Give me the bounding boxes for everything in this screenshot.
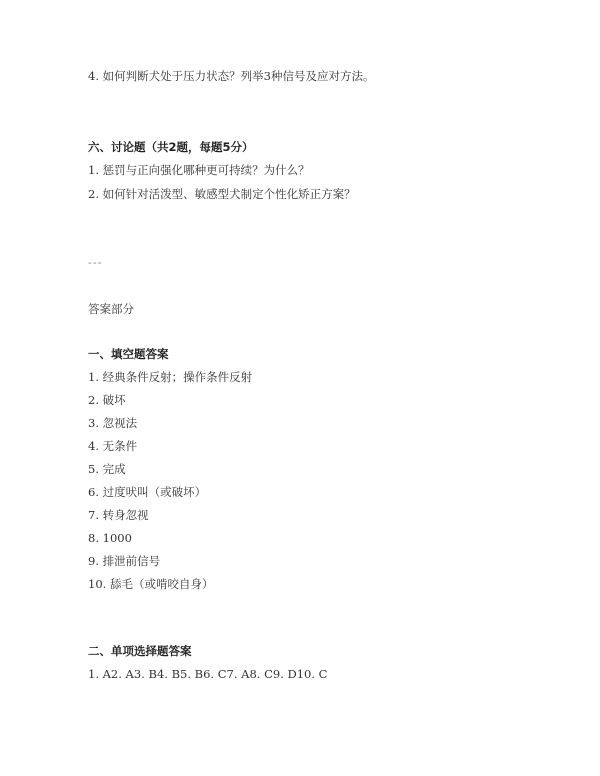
fill-blank-answer: 9. 排泄前信号 (88, 553, 160, 569)
separator: --- (88, 254, 103, 270)
discussion-item: 2. 如何针对活泼型、敏感型犬制定个性化矫正方案？ (88, 186, 356, 202)
fill-blank-answer: 2. 破坏 (88, 392, 126, 408)
fill-blank-answers-heading: 一、填空题答案 (88, 346, 169, 362)
fill-blank-answer: 6. 过度吠叫（或破坏） (88, 484, 206, 500)
fill-blank-answer: 4. 无条件 (88, 438, 137, 454)
fill-blank-answer: 7. 转身忽视 (88, 507, 149, 523)
fill-blank-answer: 5. 完成 (88, 461, 126, 477)
single-choice-answers-heading: 二、单项选择题答案 (88, 643, 192, 659)
fill-blank-answer: 3. 忽视法 (88, 415, 137, 431)
short-answer-item-4: 4. 如何判断犬处于压力状态？列举3种信号及应对方法。 (88, 68, 374, 84)
single-choice-answers: 1. A2. A3. B4. B5. B6. C7. A8. C9. D10. … (88, 666, 327, 682)
fill-blank-answer: 10. 舔毛（或啃咬自身） (88, 576, 213, 592)
fill-blank-answer: 1. 经典条件反射；操作条件反射 (88, 369, 252, 385)
fill-blank-answer: 8. 1000 (88, 530, 132, 546)
discussion-heading: 六、讨论题（共2题，每题5分） (88, 139, 254, 155)
answers-title: 答案部分 (88, 301, 134, 317)
discussion-item: 1. 惩罚与正向强化哪种更可持续？为什么？ (88, 162, 310, 178)
